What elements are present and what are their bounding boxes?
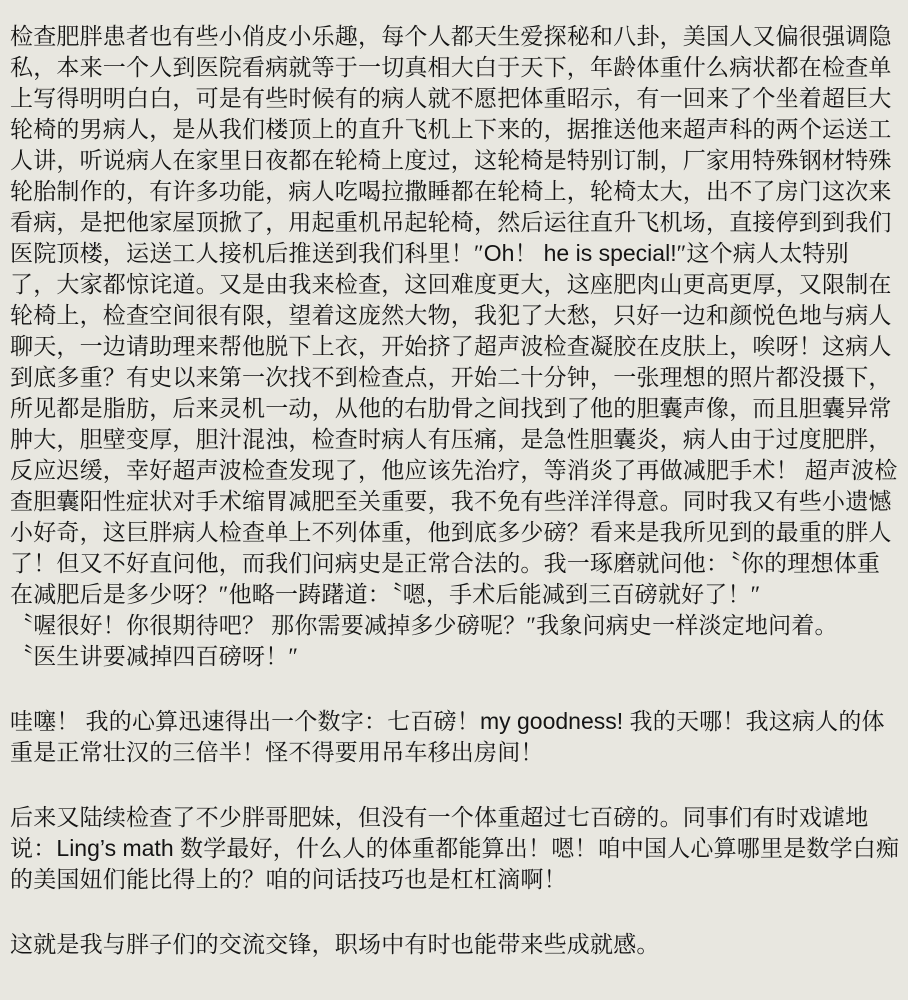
article: 检查肥胖患者也有些小俏皮小乐趣，每个人都天生爱探秘和八卦，美国人又偏很强调隐私，… [0, 0, 908, 960]
text-line: 小好奇，这巨胖病人检查单上不列体重，他到底多少磅？看来是我所见到的最重的胖人 [10, 517, 898, 548]
text-line: 轮椅的男病人，是从我们楼顶上的直升飞机上下来的，据推送他来超声科的两个运送工 [10, 114, 898, 145]
text-line: 哇噻！ 我的心算迅速得出一个数字：七百磅！my goodness! 我的天哪！我… [10, 706, 898, 737]
text-line: 私，本来一个人到医院看病就等于一切真相大白于天下，年龄体重什么病状都在检查单 [10, 52, 898, 83]
latin-text: Ling’s math [56, 835, 180, 861]
text-line: 反应迟缓，幸好超声波检查发现了，他应该先治疗，等消炎了再做减肥手术！ 超声波检 [10, 455, 898, 486]
text-line: 所见都是脂肪，后来灵机一动，从他的右肋骨之间找到了他的胆囊声像，而且胆囊异常 [10, 393, 898, 424]
text-line: 在减肥后是多少呀？″他略一踌躇道：〝嗯，手术后能减到三百磅就好了！″ [10, 579, 898, 610]
text-line: 的美国妞们能比得上的？咱的问话技巧也是杠杠滴啊！ [10, 864, 898, 895]
text-line: 轮椅上，检查空间很有限，望着这庞然大物，我犯了大愁，只好一边和颜悦色地与病人 [10, 300, 898, 331]
latin-text: my goodness! [480, 708, 630, 734]
text-line: 了！但又不好直问他，而我们问病史是正常合法的。我一琢磨就问他：〝你的理想体重 [10, 548, 898, 579]
text-line: 轮胎制作的，有许多功能，病人吃喝拉撒睡都在轮椅上，轮椅太大，出不了房门这次来 [10, 176, 898, 207]
latin-text: he is special! [544, 240, 677, 266]
paragraph: 这就是我与胖子们的交流交锋，职场中有时也能带来些成就感。 [10, 929, 898, 960]
text-line: 这就是我与胖子们的交流交锋，职场中有时也能带来些成就感。 [10, 929, 898, 960]
text-line: 了，大家都惊诧道。又是由我来检查，这回难度更大，这座肥肉山更高更厚，又限制在 [10, 269, 898, 300]
text-line: 人讲，听说病人在家里日夜都在轮椅上度过，这轮椅是特别订制，厂家用特殊钢材特殊 [10, 145, 898, 176]
paragraph: 检查肥胖患者也有些小俏皮小乐趣，每个人都天生爱探秘和八卦，美国人又偏很强调隐私，… [10, 21, 898, 672]
text-line: 〝喔很好！你很期待吧？ 那你需要减掉多少磅呢？″我象问病史一样淡定地问着。 [10, 610, 898, 641]
text-line: 到底多重？有史以来第一次找不到检查点，开始二十分钟，一张理想的照片都没摄下， [10, 362, 898, 393]
latin-text: Oh [484, 240, 515, 266]
text-line: 肿大，胆壁变厚，胆汁混浊，检查时病人有压痛，是急性胆囊炎，病人由于过度肥胖， [10, 424, 898, 455]
text-line: 重是正常壮汉的三倍半！怪不得要用吊车移出房间！ [10, 737, 898, 768]
text-line: 检查肥胖患者也有些小俏皮小乐趣，每个人都天生爱探秘和八卦，美国人又偏很强调隐 [10, 21, 898, 52]
paragraph: 哇噻！ 我的心算迅速得出一个数字：七百磅！my goodness! 我的天哪！我… [10, 706, 898, 768]
text-line: 查胆囊阳性症状对手术缩胃减肥至关重要，我不免有些洋洋得意。同时我又有些小遗憾 [10, 486, 898, 517]
text-line: 说：Ling’s math 数学最好，什么人的体重都能算出！嗯！咱中国人心算哪里… [10, 833, 898, 864]
page: { "page": { "background_color": "#e8e7e0… [0, 0, 908, 1000]
text-line: 看病，是把他家屋顶掀了，用起重机吊起轮椅，然后运往直升飞机场，直接停到到我们 [10, 207, 898, 238]
paragraph: 后来又陆续检查了不少胖哥肥妹，但没有一个体重超过七百磅的。同事们有时戏谑地说：L… [10, 802, 898, 895]
text-line: 聊天，一边请助理来帮他脱下上衣，开始挤了超声波检查凝胶在皮肤上，唉呀！这病人 [10, 331, 898, 362]
text-line: 上写得明明白白，可是有些时候有的病人就不愿把体重昭示，有一回来了个坐着超巨大 [10, 83, 898, 114]
text-line: 医院顶楼，运送工人接机后推送到我们科里！″Oh！ he is special!″… [10, 238, 898, 269]
text-line: 〝医生讲要减掉四百磅呀！″ [10, 641, 898, 672]
text-line: 后来又陆续检查了不少胖哥肥妹，但没有一个体重超过七百磅的。同事们有时戏谑地 [10, 802, 898, 833]
